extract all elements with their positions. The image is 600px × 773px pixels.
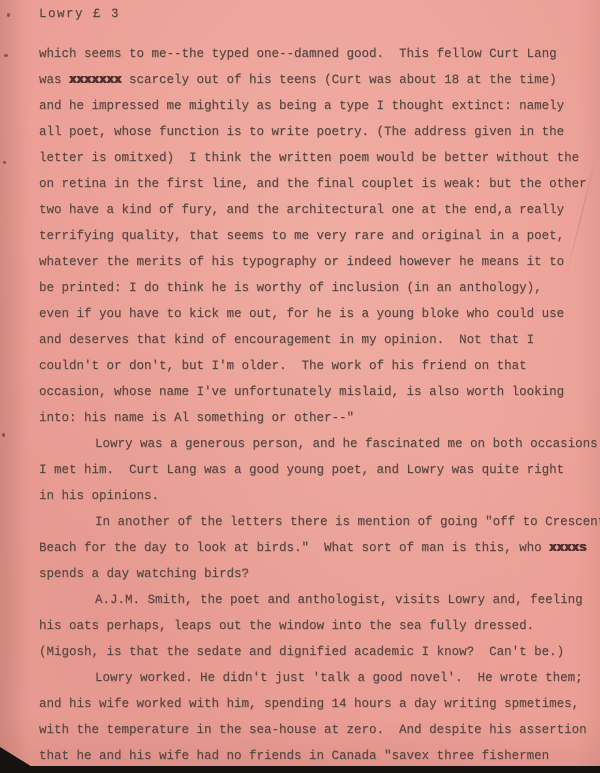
overstruck-word: xxxxs bbox=[549, 541, 587, 555]
text-line: A.J.M. Smith, the poet and anthologist, … bbox=[39, 587, 600, 613]
text-line: was xxxxxxx scarcely out of his teens (C… bbox=[39, 67, 600, 93]
text-segment: on retina in the first line, and the fin… bbox=[39, 177, 587, 191]
text-segment: scarcely out of his teens (Curt was abou… bbox=[122, 73, 557, 87]
text-segment: even if you have to kick me out, for he … bbox=[39, 307, 564, 321]
paper-speck bbox=[2, 433, 5, 437]
text-segment: terrifying quality, that seems to me ver… bbox=[39, 229, 564, 243]
text-segment: letter is omitxed) I think the written p… bbox=[39, 151, 579, 165]
text-line: couldn't or don't, but I'm older. The wo… bbox=[39, 353, 600, 379]
text-line: letter is omitxed) I think the written p… bbox=[39, 145, 600, 171]
paper-speck bbox=[3, 161, 6, 164]
text-line: with the temperature in the sea-house at… bbox=[39, 717, 600, 743]
text-segment: I met him. Curt Lang was a good young po… bbox=[39, 463, 564, 477]
text-line: in his opinions. bbox=[39, 483, 600, 509]
text-line: occasion, whose name I've unfortunately … bbox=[39, 379, 600, 405]
text-segment: and deserves that kind of encouragement … bbox=[39, 333, 534, 347]
text-segment: his oats perhaps, leaps out the window i… bbox=[39, 619, 534, 633]
paper-speck bbox=[4, 54, 8, 57]
text-segment: and he impressed me mightily as being a … bbox=[39, 99, 564, 113]
text-segment: spends a day watching birds? bbox=[39, 567, 249, 581]
text-line: terrifying quality, that seems to me ver… bbox=[39, 223, 600, 249]
text-line: into: his name is Al something or other-… bbox=[39, 405, 600, 431]
text-line: and his wife worked with him, spending 1… bbox=[39, 691, 600, 717]
text-line: spends a day watching birds? bbox=[39, 561, 600, 587]
text-segment: and his wife worked with him, spending 1… bbox=[39, 697, 579, 711]
text-segment: In another of the letters there is menti… bbox=[95, 515, 600, 529]
text-segment: that he and his wife had no friends in C… bbox=[39, 749, 549, 763]
text-line: and deserves that kind of encouragement … bbox=[39, 327, 600, 353]
page-header: Lowry £ 3 bbox=[39, 7, 120, 21]
text-segment: Beach for the day to look at birds." Wha… bbox=[39, 541, 549, 555]
text-segment: (Migosh, is that the sedate and dignifie… bbox=[39, 645, 564, 659]
text-line: even if you have to kick me out, for he … bbox=[39, 301, 600, 327]
text-segment: Lowry was a generous person, and he fasc… bbox=[95, 437, 598, 451]
text-line: In another of the letters there is menti… bbox=[39, 509, 600, 535]
text-segment: two have a kind of fury, and the archite… bbox=[39, 203, 564, 217]
text-lines: which seems to me--the typed one--damned… bbox=[39, 41, 600, 769]
text-segment: A.J.M. Smith, the poet and anthologist, … bbox=[95, 593, 583, 607]
text-segment: Lowry worked. He didn't just 'talk a goo… bbox=[95, 671, 583, 685]
text-line: Lowry worked. He didn't just 'talk a goo… bbox=[39, 665, 600, 691]
text-segment: which seems to me--the typed one--damned… bbox=[39, 47, 557, 61]
text-segment: all poet, whose function is to write poe… bbox=[39, 125, 564, 139]
typewritten-page: Lowry £ 3 which seems to me--the typed o… bbox=[0, 0, 600, 773]
text-segment: was bbox=[39, 73, 69, 87]
paper-speck bbox=[7, 13, 10, 17]
text-segment: occasion, whose name I've unfortunately … bbox=[39, 385, 564, 399]
text-line: and he impressed me mightily as being a … bbox=[39, 93, 600, 119]
text-line: Beach for the day to look at birds." Wha… bbox=[39, 535, 600, 561]
text-segment: be printed: I do think he is worthy of i… bbox=[39, 281, 542, 295]
text-segment: whatever the merits of his typography or… bbox=[39, 255, 564, 269]
text-line: all poet, whose function is to write poe… bbox=[39, 119, 600, 145]
text-segment: couldn't or don't, but I'm older. The wo… bbox=[39, 359, 527, 373]
text-line: be printed: I do think he is worthy of i… bbox=[39, 275, 600, 301]
text-line: whatever the merits of his typography or… bbox=[39, 249, 600, 275]
text-line: which seems to me--the typed one--damned… bbox=[39, 41, 600, 67]
text-line: (Migosh, is that the sedate and dignifie… bbox=[39, 639, 600, 665]
text-segment: with the temperature in the sea-house at… bbox=[39, 723, 587, 737]
text-segment: in his opinions. bbox=[39, 489, 159, 503]
text-line: Lowry was a generous person, and he fasc… bbox=[39, 431, 600, 457]
text-line: on retina in the first line, and the fin… bbox=[39, 171, 600, 197]
text-line: two have a kind of fury, and the archite… bbox=[39, 197, 600, 223]
text-line: his oats perhaps, leaps out the window i… bbox=[39, 613, 600, 639]
text-segment: into: his name is Al something or other-… bbox=[39, 411, 354, 425]
text-line: I met him. Curt Lang was a good young po… bbox=[39, 457, 600, 483]
scan-edge-bar bbox=[0, 766, 600, 773]
overstruck-word: xxxxxxx bbox=[69, 73, 122, 87]
